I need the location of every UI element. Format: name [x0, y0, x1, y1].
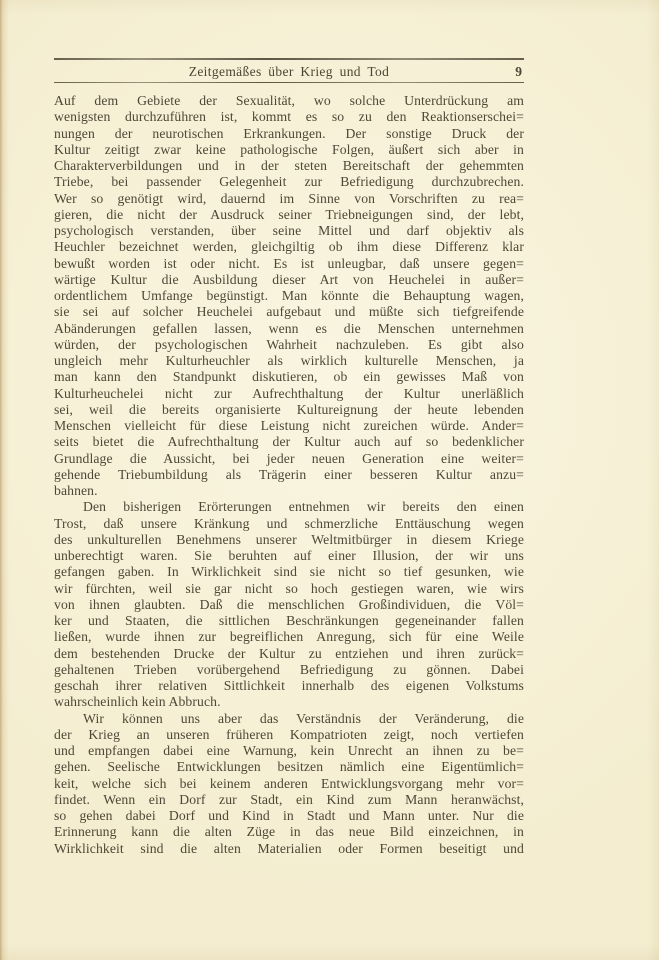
text-line: Auf dem Gebiete der Sexualität, wo solch…	[54, 93, 524, 109]
page-number: 9	[515, 60, 522, 83]
text-line: dem bestehenden Drucke der Kultur zu ent…	[54, 646, 524, 662]
text-line: Menschen vielleicht für diese Leistung n…	[54, 418, 524, 434]
text-line: unberechtigt waren. Sie beruhten auf ein…	[54, 548, 524, 564]
text-line: wenigsten durchzuführen ist, kommt es so…	[54, 109, 524, 125]
text-line: ordentlichem Umfange begünstigt. Man kön…	[54, 288, 524, 304]
text-line: findet. Wenn ein Dorf zur Stadt, ein Kin…	[54, 792, 524, 808]
running-header: Zeitgemäßes über Krieg und Tod 9	[54, 58, 524, 83]
text-line: gehen. Seelische Entwicklungen besitzen …	[54, 759, 524, 775]
text-line: bahnen.	[54, 483, 524, 499]
text-line: gieren, die nicht der Ausdruck seiner Tr…	[54, 207, 524, 223]
text-line: seits bietet die Aufrechthaltung der Kul…	[54, 434, 524, 450]
text-line: ließen, wurde ihnen zur begreiflichen An…	[54, 629, 524, 645]
text-line: Heuchler bezeichnet werden, gleichgiltig…	[54, 239, 524, 255]
text-line: würden, der psychologischen Wahrheit nac…	[54, 337, 524, 353]
paragraph: Wir können uns aber das Verständnis der …	[54, 711, 524, 857]
header-row: Zeitgemäßes über Krieg und Tod 9	[54, 60, 524, 82]
page-gutter-shadow	[0, 0, 9, 960]
text-line: nungen der neurotischen Erkrankungen. De…	[54, 126, 524, 142]
text-line: gehaltenen Trieben vorübergehend Befried…	[54, 662, 524, 678]
text-line: Grundlage die Aussicht, bei jeder neuen …	[54, 451, 524, 467]
text-line: und empfangen dabei eine Warnung, kein U…	[54, 743, 524, 759]
text-line: sei, weil die bereits organisierte Kultu…	[54, 402, 524, 418]
text-line: Abänderungen gefallen lassen, wenn es di…	[54, 321, 524, 337]
text-line: Den bisherigen Erörterungen entnehmen wi…	[54, 499, 524, 515]
paragraph: Auf dem Gebiete der Sexualität, wo solch…	[54, 93, 524, 499]
text-line: von ihnen glaubten. Daß die menschlichen…	[54, 597, 524, 613]
text-line: Wer so genötigt wird, dauernd im Sinne v…	[54, 191, 524, 207]
text-line: so gehen dabei Dorf und Kind in Stadt un…	[54, 808, 524, 824]
text-line: gehende Triebumbildung als Trägerin eine…	[54, 467, 524, 483]
text-line: Kultur zeitigt zwar keine pathologische …	[54, 142, 524, 158]
text-line: ungleich mehr Kulturheuchler als wirklic…	[54, 353, 524, 369]
text-line: Wir können uns aber das Verständnis der …	[54, 711, 524, 727]
text-line: wärtige Kultur die Ausbildung dieser Art…	[54, 272, 524, 288]
text-line: Wirklichkeit sind die alten Materialien …	[54, 841, 524, 857]
text-line: Kulturheuchelei nicht zur Aufrechthaltun…	[54, 386, 524, 402]
text-line: Trost, daß unsere Kränkung und schmerzli…	[54, 516, 524, 532]
text-line: Charakterverbildungen und in der steten …	[54, 158, 524, 174]
text-line: wir fürchten, weil sie gar nicht so hoch…	[54, 581, 524, 597]
text-line: geschah ihrer relativen Sittlichkeit inn…	[54, 678, 524, 694]
body-text: Auf dem Gebiete der Sexualität, wo solch…	[54, 93, 524, 857]
text-line: Erinnerung kann die alten Züge in das ne…	[54, 824, 524, 840]
text-line: keit, welche sich bei keinem anderen Ent…	[54, 776, 524, 792]
text-line: Triebe, bei passender Gelegenheit zur Be…	[54, 174, 524, 190]
text-line: psychologisch verstanden, über seine Mit…	[54, 223, 524, 239]
paragraph: Den bisherigen Erörterungen entnehmen wi…	[54, 499, 524, 710]
text-line: bewußt worden ist oder nicht. Es ist unl…	[54, 256, 524, 272]
running-title: Zeitgemäßes über Krieg und Tod	[189, 64, 390, 79]
text-line: gefangen gaben. In Wirklichkeit sind sie…	[54, 564, 524, 580]
text-line: man kann den Standpunkt diskutieren, ob …	[54, 369, 524, 385]
text-line: der Krieg an unseren früheren Kompatriot…	[54, 727, 524, 743]
book-page: Zeitgemäßes über Krieg und Tod 9 Auf dem…	[0, 0, 659, 960]
text-line: wahrscheinlich kein Abbruch.	[54, 694, 524, 710]
text-line: des unkulturellen Benehmens unserer Welt…	[54, 532, 524, 548]
text-line: sie sei auf solcher Heuchelei aufgebaut …	[54, 304, 524, 320]
text-line: ker und Staaten, die sittlichen Beschrän…	[54, 613, 524, 629]
